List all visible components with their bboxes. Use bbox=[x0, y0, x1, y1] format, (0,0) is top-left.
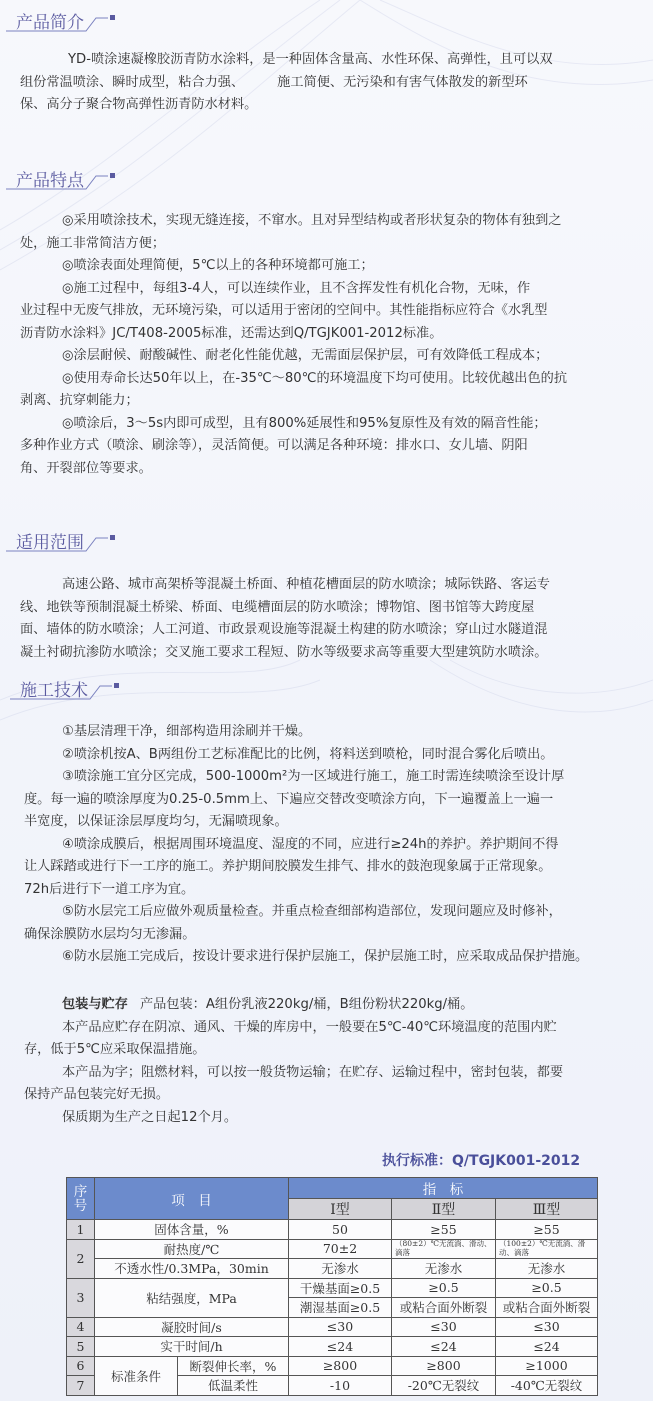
row-item: 实干时间/h bbox=[95, 1337, 289, 1357]
cell-type-1: 无渗水 bbox=[289, 1259, 392, 1279]
text-line: 业过程中无废气排放，无环境污染，可以适用于密闭的空间中。其性能指标应符合《水乳型 bbox=[20, 300, 620, 323]
text-line: 剥离、抗穿刺能力； bbox=[20, 390, 620, 413]
row-seq: 1 bbox=[67, 1220, 95, 1240]
cell-type-1: 70±2 bbox=[289, 1239, 392, 1259]
text-line: 让人踩踏或进行下一工序的施工。养护期间胶膜发生排气、排水的鼓泡现象属于正常现象。 bbox=[24, 856, 624, 879]
cell-type-3: 无渗水 bbox=[496, 1259, 598, 1279]
feature-item: ◎喷涂后，3～5s内即可成型，且有800%延展性和95%复原性及有效的隔音性能； bbox=[20, 413, 620, 436]
row-item: 粘结强度，MPa bbox=[95, 1278, 289, 1317]
row-seq: 3 bbox=[67, 1278, 95, 1317]
text-line: 组份常温喷涂、瞬时成型，粘合力强、 施工简便、无污染和有害气体散发的新型环 bbox=[20, 72, 620, 95]
text-line: 产品包装：A组份乳液220kg/桶，B组份粉状220kg/桶。 bbox=[140, 997, 474, 1012]
cell-type-1: -10 bbox=[289, 1376, 392, 1396]
text-line: 保持产品包装完好无损。 bbox=[24, 1084, 624, 1107]
header-type-3: Ⅲ型 bbox=[496, 1199, 598, 1220]
text-line: 确保涂膜防水层均匀无渗漏。 bbox=[24, 924, 624, 947]
header-seq: 序号 bbox=[67, 1178, 95, 1220]
cell-type-2: ≥800 bbox=[392, 1356, 496, 1376]
row-item: 断裂伸长率，% bbox=[178, 1356, 289, 1376]
feature-item: ◎施工过程中，每组3-4人，可以连续作业，且不含挥发性有机化合物，无味，作 bbox=[20, 278, 620, 301]
cell-type-1: 干燥基面≥0.5 bbox=[289, 1278, 392, 1298]
packaging-line: 包装与贮存产品包装：A组份乳液220kg/桶，B组份粉状220kg/桶。 bbox=[24, 994, 624, 1017]
table-row: 1 固体含量，% 50 ≥55 ≥55 bbox=[67, 1220, 598, 1240]
text-line: 度。每一遍的喷涂厚度为0.25-0.5mm上、下遍应交替改变喷涂方向，下一遍覆盖… bbox=[24, 789, 624, 812]
section-title: 产品特点 bbox=[16, 166, 84, 191]
cell-type-2: 无渗水 bbox=[392, 1259, 496, 1279]
row-item: 凝胶时间/s bbox=[95, 1317, 289, 1337]
step-item: ⑤防水层完工后应做外观质量检查。并重点检查细部构造部位，发现问题应及时修补， bbox=[24, 901, 624, 924]
section-title: 产品简介 bbox=[16, 8, 84, 33]
step-item: ①基层清理干净，细部构造用涂刷并干燥。 bbox=[24, 721, 624, 744]
row-item: 不透水性/0.3MPa，30min bbox=[95, 1259, 289, 1279]
scope-paragraph: 高速公路、城市高架桥等混凝土桥面、种植花槽面层的防水喷涂；城际铁路、客运专 线、… bbox=[20, 574, 620, 664]
cell-type-1: 50 bbox=[289, 1220, 392, 1240]
section-heading-construction: 施工技术 bbox=[0, 672, 150, 706]
feature-item: ◎使用寿命长达50年以上，在-35℃～80℃的环境温度下均可使用。比较优越出色的… bbox=[20, 368, 620, 391]
feature-item: ◎喷涂表面处理简便，5℃以上的各种环境都可施工； bbox=[20, 255, 620, 278]
text-line: 多种作业方式（喷涂、刷涂等），灵活简便。可以满足各种环境：排水口、女儿墙、阴阳 bbox=[20, 435, 620, 458]
cell-type-1: ≤30 bbox=[289, 1317, 392, 1337]
text-line: 线、地铁等预制混凝土桥梁、桥面、电缆槽面层的防水喷涂；博物馆、图书馆等大跨度屋 bbox=[20, 597, 620, 620]
cell-type-2: 或粘合面外断裂 bbox=[392, 1298, 496, 1318]
cell-type-3: 或粘合面外断裂 bbox=[496, 1298, 598, 1318]
text-line: 角、开裂部位等要求。 bbox=[20, 458, 620, 481]
text-line: 本产品应贮存在阴凉、通风、干燥的库房中，一般要在5℃-40℃环境温度的范围内贮 bbox=[24, 1017, 624, 1040]
text-line: 存，低于5℃应采取保温措施。 bbox=[24, 1039, 624, 1062]
cell-type-2: （80±2）℃无流淌、滑动、滴落 bbox=[392, 1239, 496, 1259]
spec-table: 序号 项 目 指 标 Ⅰ型 Ⅱ型 Ⅲ型 1 固体含量，% 50 ≥55 ≥55 … bbox=[66, 1177, 598, 1396]
cell-type-2: ≤24 bbox=[392, 1337, 496, 1357]
feature-item: ◎涂层耐候、耐酸碱性、耐老化性能优越，无需面层保护层，可有效降低工程成本； bbox=[20, 345, 620, 368]
text-line: 处，施工非常简洁方便； bbox=[20, 233, 620, 256]
table-row: 2 耐热度/℃ 70±2 （80±2）℃无流淌、滑动、滴落 （100±2）℃无流… bbox=[67, 1239, 598, 1259]
construction-steps: ①基层清理干净，细部构造用涂刷并干燥。 ②喷涂机按A、B两组份工艺标准配比的比例… bbox=[24, 721, 624, 969]
row-item: 耐热度/℃ bbox=[95, 1239, 289, 1259]
cell-type-2: -20℃无裂纹 bbox=[392, 1376, 496, 1396]
table-header-row: 序号 项 目 指 标 bbox=[67, 1178, 598, 1199]
cell-type-3: （100±2）℃无流淌、滑动、滴落 bbox=[496, 1239, 598, 1259]
header-item: 项 目 bbox=[95, 1178, 289, 1220]
text-line: 半宽度，以保证涂层厚度均匀，无漏喷现象。 bbox=[24, 811, 624, 834]
packaging-storage: 包装与贮存产品包装：A组份乳液220kg/桶，B组份粉状220kg/桶。 本产品… bbox=[24, 994, 624, 1129]
table-row: 6 标准条件 断裂伸长率，% ≥800 ≥800 ≥1000 bbox=[67, 1356, 598, 1376]
cell-type-2: ≥0.5 bbox=[392, 1278, 496, 1298]
features-list: ◎采用喷涂技术，实现无缝连接，不窜水。且对异型结构或者形状复杂的物体有独到之 处… bbox=[20, 210, 620, 480]
text-line: 沥青防水涂料》JC/T408-2005标准，还需达到Q/TGJK001-2012… bbox=[20, 323, 620, 346]
section-heading-intro: 产品简介 bbox=[0, 4, 150, 38]
text-line: 面、墙体的防水喷涂；人工河道、市政景观设施等混凝土构建的防水喷涂；穿山过水隧道混 bbox=[20, 619, 620, 642]
table-row: 5 实干时间/h ≤24 ≤24 ≤24 bbox=[67, 1337, 598, 1357]
cell-type-3: ≥1000 bbox=[496, 1356, 598, 1376]
text-line: 72h后进行下一道工序为宜。 bbox=[24, 879, 624, 902]
cell-type-3: ≥55 bbox=[496, 1220, 598, 1240]
cell-type-3: ≤30 bbox=[496, 1317, 598, 1337]
row-seq: 4 bbox=[67, 1317, 95, 1337]
step-item: ⑥防水层施工完成后，按设计要求进行保护层施工，保护层施工时，应采取成品保护措施。 bbox=[24, 946, 624, 969]
step-item: ②喷涂机按A、B两组份工艺标准配比的比例，将料送到喷枪，同时混合雾化后喷出。 bbox=[24, 744, 624, 767]
standard-label: 执行标准：Q/TGJK001-2012 bbox=[382, 1150, 580, 1170]
row-seq: 6 bbox=[67, 1356, 95, 1376]
table-row: 4 凝胶时间/s ≤30 ≤30 ≤30 bbox=[67, 1317, 598, 1337]
section-title: 施工技术 bbox=[20, 676, 88, 701]
step-item: ④喷涂成膜后，根据周围环境温度、湿度的不同，应进行≥24h的养护。养护期间不得 bbox=[24, 834, 624, 857]
row-item: 低温柔性 bbox=[178, 1376, 289, 1396]
row-item: 固体含量，% bbox=[95, 1220, 289, 1240]
cell-type-2: ≤30 bbox=[392, 1317, 496, 1337]
table-row: 3 粘结强度，MPa 干燥基面≥0.5 ≥0.5 ≥0.5 bbox=[67, 1278, 598, 1298]
header-indicator: 指 标 bbox=[289, 1178, 598, 1199]
text-line: 保质期为生产之日起12个月。 bbox=[24, 1107, 624, 1130]
header-type-1: Ⅰ型 bbox=[289, 1199, 392, 1220]
text-line: 本产品为字；阻燃材料，可以按一般货物运输；在贮存、运输过程中，密封包装，都要 bbox=[24, 1062, 624, 1085]
section-heading-scope: 适用范围 bbox=[0, 524, 150, 558]
text-line: 凝土衬砌抗渗防水喷涂；交叉施工要求工程短、防水等级要求高等重要大型建筑防水喷涂。 bbox=[20, 642, 620, 665]
row-group: 标准条件 bbox=[95, 1356, 178, 1395]
cell-type-1: ≥800 bbox=[289, 1356, 392, 1376]
text-line: YD-喷涂速凝橡胶沥青防水涂料，是一种固体含量高、水性环保、高弹性，且可以双 bbox=[20, 49, 620, 72]
cell-type-2: ≥55 bbox=[392, 1220, 496, 1240]
packaging-label: 包装与贮存 bbox=[62, 997, 128, 1012]
cell-type-1: ≤24 bbox=[289, 1337, 392, 1357]
row-seq: 2 bbox=[67, 1239, 95, 1278]
table-row: 不透水性/0.3MPa，30min 无渗水 无渗水 无渗水 bbox=[67, 1259, 598, 1279]
intro-paragraph: YD-喷涂速凝橡胶沥青防水涂料，是一种固体含量高、水性环保、高弹性，且可以双 组… bbox=[20, 49, 620, 117]
cell-type-1: 潮湿基面≥0.5 bbox=[289, 1298, 392, 1318]
text-line: 保、高分子聚合物高弹性沥青防水材料。 bbox=[20, 94, 620, 117]
text-line: 高速公路、城市高架桥等混凝土桥面、种植花槽面层的防水喷涂；城际铁路、客运专 bbox=[20, 574, 620, 597]
cell-type-3: ≥0.5 bbox=[496, 1278, 598, 1298]
section-heading-features: 产品特点 bbox=[0, 162, 150, 196]
section-title: 适用范围 bbox=[16, 528, 84, 553]
row-seq: 5 bbox=[67, 1337, 95, 1357]
cell-type-3: -40℃无裂纹 bbox=[496, 1376, 598, 1396]
row-seq: 7 bbox=[67, 1376, 95, 1396]
header-type-2: Ⅱ型 bbox=[392, 1199, 496, 1220]
step-item: ③喷涂施工宜分区完成，500-1000m²为一区域进行施工，施工时需连续喷涂至设… bbox=[24, 766, 624, 789]
feature-item: ◎采用喷涂技术，实现无缝连接，不窜水。且对异型结构或者形状复杂的物体有独到之 bbox=[20, 210, 620, 233]
cell-type-3: ≤24 bbox=[496, 1337, 598, 1357]
